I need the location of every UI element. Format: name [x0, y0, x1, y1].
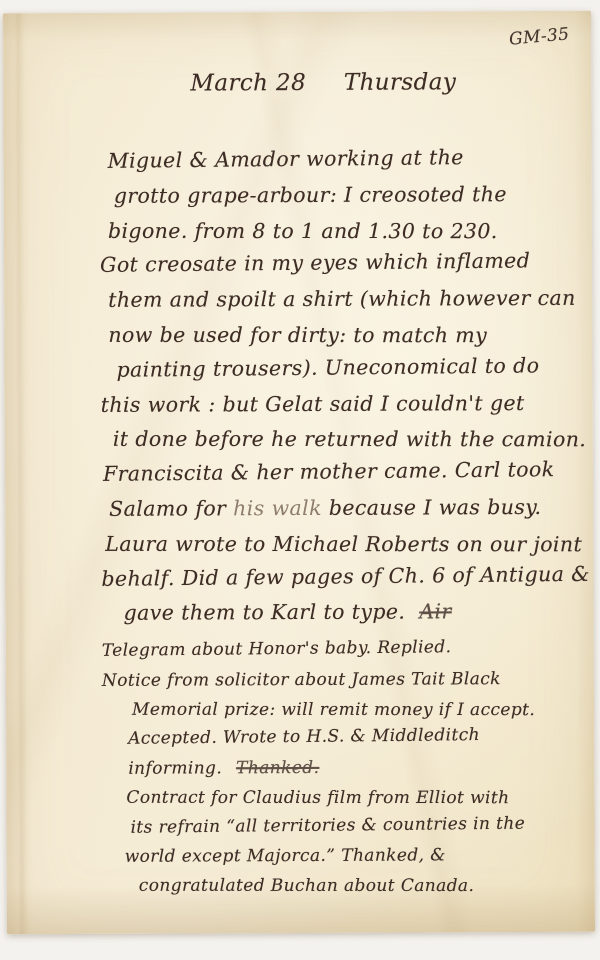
manuscript-line: world except Majorca.” Thanked, &	[125, 841, 592, 872]
handwriting-text: behalf. Did a few pages of Ch. 6 of Anti…	[101, 561, 590, 590]
manuscript-line: Salamo for his walk because I was busy.	[109, 490, 590, 527]
handwriting-text: because I was busy.	[322, 495, 542, 520]
handwriting-text: its refrain “all territories & countries…	[130, 813, 525, 837]
handwriting-text: painting trousers). Uneconomical to do	[116, 353, 539, 381]
manuscript-line: grotto grape-arbour: I creosoted the	[114, 177, 589, 214]
handwriting-text: informing.	[128, 758, 222, 778]
manuscript-line: Franciscita & her mother came. Carl took	[103, 452, 590, 492]
manuscript-line: them and spoilt a shirt (which however c…	[108, 281, 589, 318]
manuscript-line: behalf. Did a few pages of Ch. 6 of Anti…	[101, 556, 590, 596]
handwriting-text: Notice from solicitor about James Tait B…	[102, 669, 501, 691]
handwriting-text: it done before he returned with the cami…	[113, 427, 586, 451]
manuscript-line: this work : but Gelat said I couldn't ge…	[101, 385, 590, 422]
handwriting-text: gave them to Karl to type.	[124, 600, 406, 625]
handwriting-text: Accepted. Wrote to H.S. & Middleditch	[128, 725, 480, 749]
struck-out-text: Thanked.	[236, 758, 319, 778]
main-entry-text: Miguel & Amador working at thegrotto gra…	[100, 142, 591, 631]
handwriting-text: Miguel & Amador working at the	[108, 145, 464, 173]
manuscript-line: gave them to Karl to type.Air	[124, 594, 591, 631]
archive-label: GM-35	[508, 24, 570, 49]
manuscript-line: Telegram about Honor's baby. Replied.	[102, 632, 591, 667]
manuscript-line: its refrain “all territories & countries…	[130, 808, 591, 842]
handwriting-text: congratulated Buchan about Canada.	[139, 876, 474, 896]
entry-body: Miguel & Amador working at thegrotto gra…	[100, 142, 592, 902]
struck-out-text: Air	[419, 600, 451, 624]
manuscript-line: informing.Thanked.	[128, 752, 591, 783]
handwriting-text: bigone. from 8 to 1 and 1.30 to 230.	[108, 218, 498, 242]
manuscript-line: Notice from solicitor about James Tait B…	[102, 664, 591, 696]
diary-page: GM-35 March 28 Thursday Miguel & Amador …	[3, 11, 595, 935]
handwriting-text: his walk	[233, 496, 322, 520]
entry-weekday: Thursday	[344, 69, 457, 95]
handwriting-text: now be used for dirty: to match my	[108, 323, 487, 347]
manuscript-line: Miguel & Amador working at the	[107, 139, 588, 179]
entry-heading: March 28 Thursday	[123, 69, 523, 97]
handwriting-text: Franciscita & her mother came. Carl took	[103, 457, 555, 486]
handwriting-text: Salamo for	[109, 496, 233, 521]
entry-date: March 28	[190, 70, 306, 97]
manuscript-line: congratulated Buchan about Canada.	[139, 872, 591, 902]
handwriting-text: this work : but Gelat said I couldn't ge…	[101, 391, 525, 417]
manuscript-line: Got creosate in my eyes which inflamed	[100, 243, 589, 283]
handwriting-text: Telegram about Honor's baby. Replied.	[102, 637, 452, 661]
handwriting-text: Contract for Claudius film from Elliot w…	[126, 788, 509, 808]
manuscript-line: Accepted. Wrote to H.S. & Middleditch	[128, 720, 591, 754]
handwriting-text: grotto grape-arbour: I creosoted the	[114, 182, 507, 208]
handwriting-text: them and spoilt a shirt (which however c…	[108, 286, 576, 312]
manuscript-line: painting trousers). Uneconomical to do	[116, 348, 589, 388]
handwriting-text: Memorial prize: will remit money if I ac…	[132, 700, 535, 720]
handwriting-text: Laura wrote to Michael Roberts on our jo…	[105, 532, 582, 556]
handwriting-text: world except Majorca.” Thanked, &	[125, 845, 446, 866]
handwriting-text: Got creosate in my eyes which inflamed	[100, 249, 530, 278]
addendum-text: Telegram about Honor's baby. Replied.Not…	[102, 635, 592, 902]
